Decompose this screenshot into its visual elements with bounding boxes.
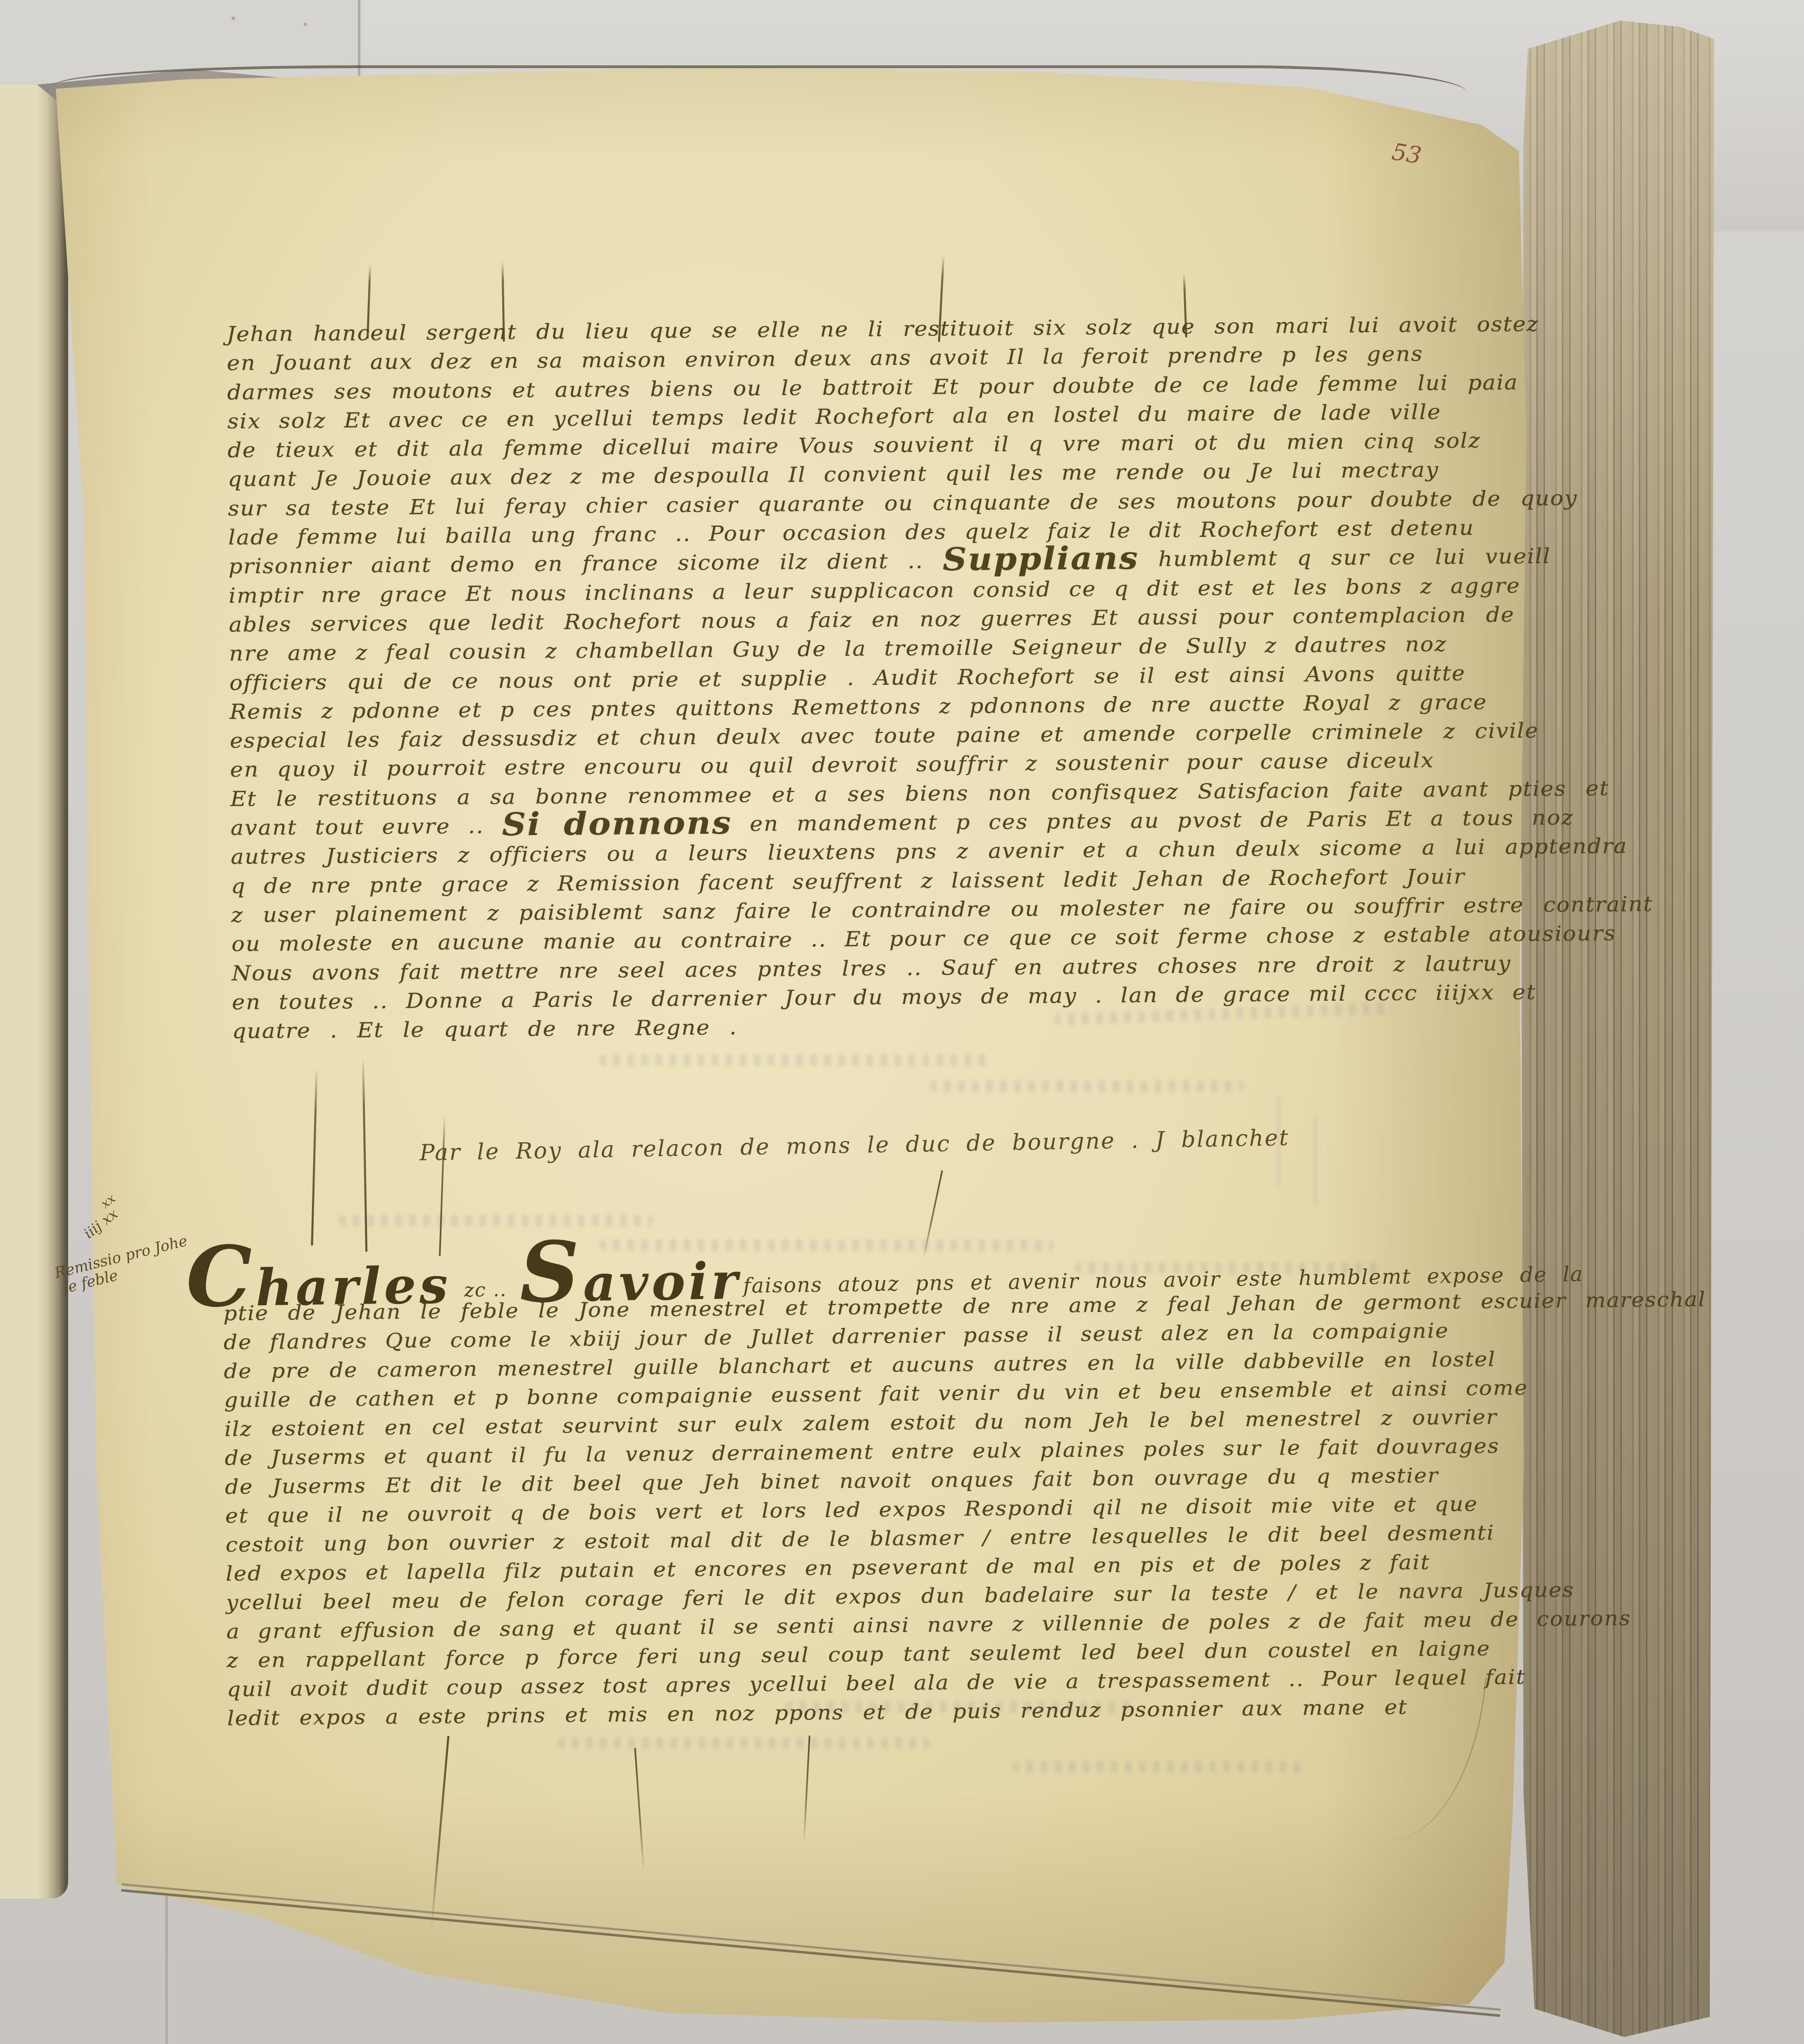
entry1-remission-text: Jehan hanceul sergent du lieu que se ell… bbox=[226, 310, 1476, 1046]
folio-number: 53 bbox=[1390, 138, 1423, 169]
tile-seam bbox=[165, 1882, 168, 2044]
showthrough-stroke bbox=[1314, 1116, 1317, 1206]
showthrough-text bbox=[558, 1737, 930, 1749]
entry2-remission-text: ptie de Jehan le feble le Jone menestrel… bbox=[223, 1287, 1475, 1733]
showthrough-text bbox=[599, 1054, 992, 1066]
dust-speck bbox=[231, 17, 235, 20]
showthrough-text bbox=[930, 1080, 1244, 1092]
display-word: Si donnons bbox=[502, 804, 732, 842]
previous-page-edge bbox=[0, 85, 68, 1899]
dust-speck bbox=[304, 23, 307, 26]
page-top-edge-line bbox=[54, 65, 1467, 93]
display-word: Supplians bbox=[942, 540, 1139, 578]
manuscript-photo: { "document_type": "Medieval chancery re… bbox=[0, 0, 1804, 2044]
showthrough-text bbox=[1013, 1761, 1302, 1773]
